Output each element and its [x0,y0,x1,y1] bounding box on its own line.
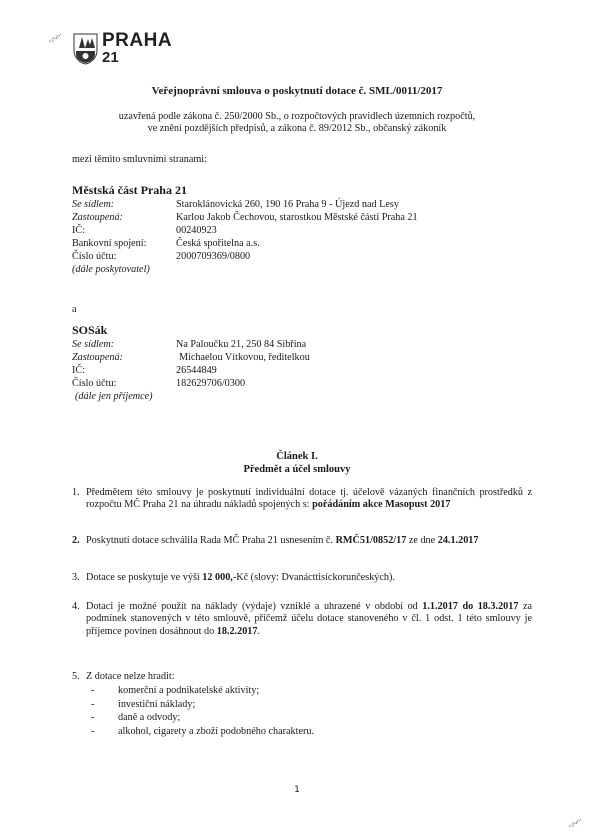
field-label: IČ: [72,365,85,377]
page-number: 1 [0,785,594,796]
subtitle-line: ve znění pozdějších předpisů, a zákona č… [0,123,594,135]
recipient-name: SOSák [72,323,107,338]
field-value: Na Paloučku 21, 250 84 Sibřina [176,339,306,351]
item-text: Z dotace nelze hradit: [86,671,532,683]
alias-text: (dále jen příjemce) [75,391,153,403]
subtitle-line: uzavřená podle zákona č. 250/2000 Sb., o… [0,111,594,123]
list-item: -komerční a podnikatelské aktivity; [72,685,512,699]
article-heading: Předmět a účel smlouvy [0,464,594,477]
field-value: 00240923 [176,225,217,237]
contract-subtitle: uzavřená podle zákona č. 250/2000 Sb., o… [0,111,594,136]
list-item: -alkohol, cigarety a zboží podobného cha… [72,726,512,740]
praha-21-logo: PRAHA 21 [72,30,182,70]
prague-21-crest-icon [72,32,99,65]
field-value: Česká spořitelna a.s. [176,238,260,250]
item-text: Předmětem této smlouvy je poskytnutí ind… [86,487,532,512]
field-value: 26544849 [176,365,217,377]
conjunction: a [72,304,77,316]
article-number: Článek I. [0,451,594,464]
item-text: Poskytnutí dotace schválila Rada MČ Prah… [86,535,532,547]
list-item: -daně a odvody; [72,712,512,726]
recipient-address-row: Se sídlem: Na Paloučku 21, 250 84 Sibřin… [72,339,552,352]
recipient-ico-row: IČ: 26544849 [72,365,552,378]
article-item-3: 3. Dotace se poskytuje ve výši 12 000,-K… [72,572,532,584]
field-value: Karlou Jakob Čechovou, starostkou Městsk… [176,212,418,224]
logo-number: 21 [102,50,119,65]
field-value: 182629706/0300 [176,378,245,390]
logo-word: PRAHA [102,31,172,50]
provider-representative-row: Zastoupená: Karlou Jakob Čechovou, staro… [72,212,552,225]
item-number: 3. [72,572,80,584]
provider-bank-row: Bankovní spojení: Česká spořitelna a.s. [72,238,552,251]
item-number: 4. [72,601,80,613]
provider-address-row: Se sídlem: Staroklánovická 260, 190 16 P… [72,199,552,212]
provider-account-row: Číslo účtu: 2000709369/0800 [72,251,552,264]
field-label: Se sídlem: [72,199,114,211]
item-number: 5. [72,671,80,683]
field-label: Číslo účtu: [72,251,116,263]
scan-mark-icon [568,818,582,828]
field-value: Staroklánovická 260, 190 16 Praha 9 - Új… [176,199,399,211]
recipient-account-row: Číslo účtu: 182629706/0300 [72,378,552,391]
article-item-5: 5. Z dotace nelze hradit: [72,671,532,683]
field-value: 2000709369/0800 [176,251,250,263]
provider-name: Městská část Praha 21 [72,183,187,198]
provider-alias: (dále poskytovatel) [72,264,552,277]
item-text: Dotace se poskytuje ve výši 12 000,-Kč (… [86,572,532,584]
article-item-4: 4. Dotaci je možné použít na náklady (vý… [72,601,532,638]
contract-title: Veřejnoprávní smlouva o poskytnutí dotac… [0,85,594,98]
list-item: -investiční náklady; [72,699,512,713]
field-label: Bankovní spojení: [72,238,146,250]
field-label: Se sídlem: [72,339,114,351]
intro-text: mezi těmito smluvními stranami: [72,154,207,166]
field-label: Číslo účtu: [72,378,116,390]
scan-mark-icon [48,33,62,43]
exclusions-list: -komerční a podnikatelské aktivity; -inv… [72,685,512,739]
recipient-representative-row: Zastoupená: Michaelou Vítkovou, ředitelk… [72,352,552,365]
item-number: 1. [72,487,80,499]
item-number: 2. [72,535,80,547]
item-text: Dotaci je možné použít na náklady (výdaj… [86,601,532,638]
field-label: Zastoupená: [72,212,123,224]
article-item-1: 1. Předmětem této smlouvy je poskytnutí … [72,487,532,512]
field-label: Zastoupená: [72,352,123,364]
provider-ico-row: IČ: 00240923 [72,225,552,238]
alias-text: (dále poskytovatel) [72,264,150,276]
recipient-alias: (dále jen příjemce) [72,391,552,404]
field-value: Michaelou Vítkovou, ředitelkou [179,352,310,364]
field-label: IČ: [72,225,85,237]
article-item-2: 2. Poskytnutí dotace schválila Rada MČ P… [72,535,532,547]
